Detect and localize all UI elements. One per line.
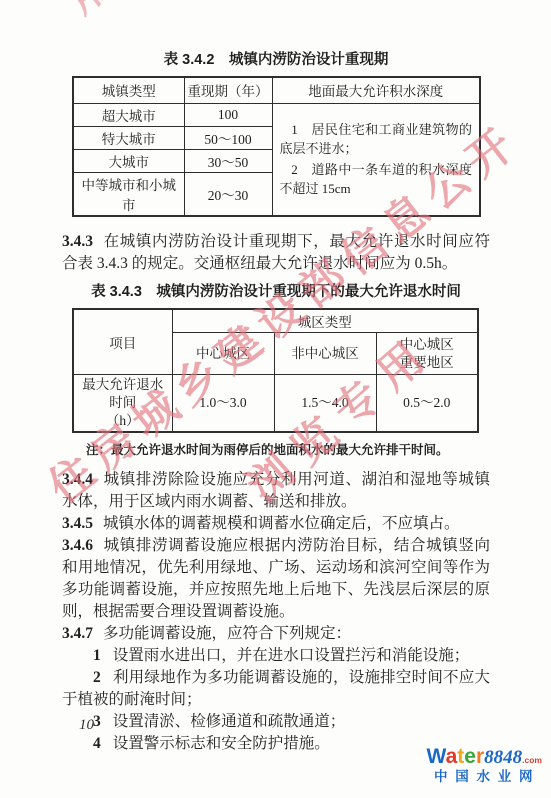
section-number: 3.4.6 — [62, 537, 103, 554]
logo-water-text: Water — [427, 750, 485, 767]
section-number: 3.4.5 — [62, 515, 103, 532]
period-cell: 50～100 — [184, 126, 272, 149]
page-number: 10 — [79, 717, 94, 734]
section-number: 3.4.3 — [62, 233, 103, 250]
item-text: 利用绿地作为多功能调蓄设施的，设施排空时间不应大于植被的耐淹时间； — [62, 669, 490, 708]
column-header: 中心城区 — [172, 333, 274, 375]
value-cell: 1.5～4.0 — [274, 375, 376, 433]
city-type-cell: 大城市 — [73, 149, 184, 172]
depth-criteria-item: 1 居民住宅和工商业建筑物的底层不进水； — [280, 120, 473, 158]
item-number: 4 — [93, 735, 113, 752]
column-header: 非中心城区 — [274, 333, 376, 375]
section-3-4-4: 3.4.4城镇排涝除险设施应充分利用河道、湖泊和湿地等城镇水体，用于区域内雨水调… — [62, 469, 490, 513]
depth-criteria-item: 2 道路中一条车道的积水深度不超过 15cm — [280, 160, 473, 198]
section-3-4-7: 3.4.7多功能调蓄设施，应符合下列规定： — [62, 623, 490, 645]
column-header: 中心城区 重要地区 — [376, 333, 478, 375]
item-text: 设置警示标志和安全防护措施。 — [113, 735, 330, 752]
table-3-4-2: 城镇类型 重现期（年） 地面最大允许积水深度 超大城市 100 1 居民住宅和工… — [72, 76, 481, 217]
item-number: 3 — [93, 713, 113, 730]
city-type-cell: 超大城市 — [73, 103, 184, 126]
section-number: 3.4.7 — [62, 625, 103, 642]
column-header-line: 重要地区 — [379, 354, 476, 372]
section-text: 多功能调蓄设施，应符合下列规定： — [103, 625, 351, 642]
column-header: 重现期（年） — [184, 77, 272, 103]
table-row: 项目 城区类型 — [73, 309, 478, 333]
table-3-4-3-note: 注：最大允许退水时间为雨停后的地面积水的最大允许排干时间。 — [86, 441, 490, 459]
item-text: 设置清淤、检修通道和疏散通道； — [113, 713, 346, 730]
city-type-cell: 特大城市 — [73, 126, 184, 149]
section-3-4-3: 3.4.3在城镇内涝防治设计重现期下，最大允许退水时间应符合表 3.4.3 的规… — [62, 231, 490, 275]
district-type-header: 城区类型 — [172, 309, 478, 333]
column-header-line: 中心城区 — [379, 336, 476, 354]
depth-criteria-cell: 1 居民住宅和工商业建筑物的底层不进水； 2 道路中一条车道的积水深度不超过 1… — [272, 103, 480, 216]
city-type-cell: 中等城市和小城市 — [73, 172, 184, 216]
document-page: 住房城乡建设部信息公开 浏览专用 用 表 3.4.2 城镇内涝防治设计重现期 城… — [0, 0, 551, 798]
logo-letter: e — [464, 745, 476, 768]
column-header: 城镇类型 — [73, 77, 184, 103]
table-3-4-2-title: 表 3.4.2 城镇内涝防治设计重现期 — [62, 50, 490, 70]
section-3-4-5: 3.4.5城镇水体的调蓄规模和调蓄水位确定后，不应填占。 — [62, 513, 490, 535]
section-text: 城镇排涝调蓄设施应根据内涝防治目标，结合城镇竖向和用地情况，优先利用绿地、广场、… — [62, 537, 490, 620]
water8848-logo[interactable]: Water8848.com 中 国 水 业 网 — [427, 746, 542, 784]
section-3-4-6: 3.4.6城镇排涝调蓄设施应根据内涝防治目标，结合城镇竖向和用地情况，优先利用绿… — [62, 535, 490, 623]
row-label-line: （h） — [76, 412, 170, 430]
logo-letter: a — [446, 745, 458, 768]
list-item: 1设置雨水进出口，并在进水口设置拦污和消能设施； — [62, 645, 490, 667]
section-text: 城镇水体的调蓄规模和调蓄水位确定后，不应填占。 — [103, 515, 460, 532]
section-text: 在城镇内涝防治设计重现期下，最大允许退水时间应符合表 3.4.3 的规定。交通枢… — [62, 233, 490, 272]
list-item: 3设置清淤、检修通道和疏散通道； — [62, 711, 490, 733]
page-content: 表 3.4.2 城镇内涝防治设计重现期 城镇类型 重现期（年） 地面最大允许积水… — [0, 0, 551, 755]
period-cell: 20～30 — [184, 172, 272, 216]
row-label-line: 最大允许退水时间 — [76, 376, 170, 412]
value-cell: 0.5～2.0 — [376, 375, 478, 433]
logo-number: 8848 — [484, 747, 522, 768]
table-3-4-3-title: 表 3.4.3 城镇内涝防治设计重现期下的最大允许退水时间 — [62, 282, 490, 302]
item-number: 2 — [93, 669, 113, 686]
table-row: 最大允许退水时间 （h） 1.0～3.0 1.5～4.0 0.5～2.0 — [73, 375, 478, 433]
section-number: 3.4.4 — [62, 471, 103, 488]
logo-letter: W — [427, 745, 446, 768]
table-row: 超大城市 100 1 居民住宅和工商业建筑物的底层不进水； 2 道路中一条车道的… — [73, 103, 480, 126]
item-text: 设置雨水进出口，并在进水口设置拦污和消能设施； — [113, 647, 470, 664]
logo-subtitle: 中 国 水 业 网 — [427, 770, 542, 784]
value-cell: 1.0～3.0 — [172, 375, 274, 433]
period-cell: 30～50 — [184, 149, 272, 172]
logo-wordmark: Water8848.com — [427, 746, 542, 767]
table-3-4-3: 项目 城区类型 中心城区 非中心城区 中心城区 重要地区 最大允许退水时间 （h… — [72, 308, 479, 434]
period-cell: 100 — [184, 103, 272, 126]
list-item: 2利用绿地作为多功能调蓄设施的，设施排空时间不应大于植被的耐淹时间； — [62, 667, 490, 711]
section-text: 城镇排涝除险设施应充分利用河道、湖泊和湿地等城镇水体，用于区域内雨水调蓄、输送和… — [62, 471, 490, 510]
row-label-cell: 最大允许退水时间 （h） — [73, 375, 172, 433]
corner-header-cell: 项目 — [73, 309, 172, 375]
logo-tld: .com — [522, 755, 542, 765]
table-row: 城镇类型 重现期（年） 地面最大允许积水深度 — [73, 77, 480, 103]
column-header: 地面最大允许积水深度 — [272, 77, 480, 103]
logo-letter: r — [476, 745, 484, 768]
item-number: 1 — [93, 647, 113, 664]
